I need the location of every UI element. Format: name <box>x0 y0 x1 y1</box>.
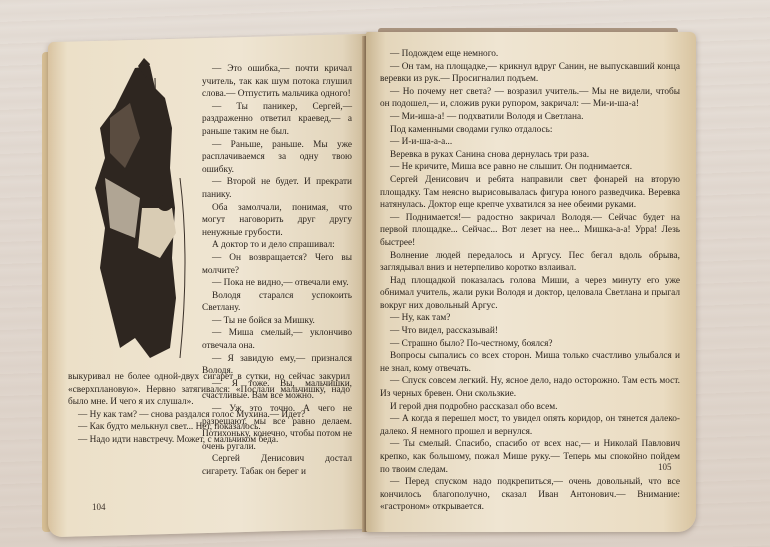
paragraph: — Ты не бойся за Мишку. <box>202 315 352 328</box>
paragraph: — Но почему нет света? — возразил учител… <box>380 86 680 111</box>
climber-illustration <box>80 58 200 368</box>
paragraph: Сергей Денисович и ребята направили свет… <box>380 174 680 212</box>
paragraph: — Что видел, рассказывай! <box>380 325 680 338</box>
page-number-right: 105 <box>658 462 672 472</box>
paragraph: — Он там, на площадке,— крикнул вдруг Са… <box>380 61 680 86</box>
paragraph: — Он возвращается? Чего вы молчите? <box>202 252 352 277</box>
paragraph: — Ты паникер, Сергей,— раздраженно ответ… <box>202 101 352 139</box>
left-page-column-bottom: выкуривал не более одной-двух сигарет в … <box>68 371 350 447</box>
paragraph: — Спуск совсем легкий. Ну, ясное дело, н… <box>380 375 680 400</box>
paragraph: — А когда я перешел мост, то увидел опят… <box>380 413 680 438</box>
paragraph: — Миша смелый,— уклончиво отвечала она. <box>202 327 352 352</box>
page-number-left: 104 <box>92 502 106 512</box>
paragraph: — Ты смелый. Спасибо, спасибо от всех на… <box>380 438 680 476</box>
paragraph: — Второй не будет. И прекрати панику. <box>202 176 352 201</box>
paragraph: — Надо идти навстречу. Может, с мальчико… <box>68 434 350 447</box>
paragraph: — Это ошибка,— почти кричал учитель, так… <box>202 63 352 101</box>
paragraph: Волнение людей передалось и Аргусу. Пес … <box>380 250 680 275</box>
paragraph: — Перед спуском надо подкрепиться,— очен… <box>380 476 680 514</box>
paragraph: — Поднимается!— радостно закричал Володя… <box>380 212 680 250</box>
paragraph: — И-и-ша-а-а... <box>380 136 680 149</box>
paragraph: — Ну, как там? <box>380 312 680 325</box>
paragraph: Вопросы сыпались со всех сторон. Миша то… <box>380 350 680 375</box>
paragraph: Под каменными сводами гулко отдалось: <box>380 124 680 137</box>
paragraph: выкуривал не более одной-двух сигарет в … <box>68 371 350 409</box>
paragraph: — Не кричите, Миша все равно не слышит. … <box>380 161 680 174</box>
paragraph: — Как будто мелькнул свет... Нет, показа… <box>68 421 350 434</box>
paragraph: Володя старался успокоить Светлану. <box>202 290 352 315</box>
paragraph: И герой дня подробно рассказал обо всем. <box>380 401 680 414</box>
paragraph: — Раньше, раньше. Мы уже расплачиваемся … <box>202 139 352 177</box>
paragraph: — Ну как там? — снова раздался голос Мух… <box>68 409 350 422</box>
right-page-column: — Подождем еще немного. — Он там, на пло… <box>380 48 680 514</box>
paragraph: — Пока не видно,— отвечали ему. <box>202 277 352 290</box>
paragraph: А доктор то и дело спрашивал: <box>202 239 352 252</box>
paragraph: Веревка в руках Санина снова дернулась т… <box>380 149 680 162</box>
paragraph: Над площадкой показалась голова Миши, а … <box>380 275 680 313</box>
open-book: — Это ошибка,— почти кричал учитель, так… <box>40 18 740 533</box>
paragraph: — Подождем еще немного. <box>380 48 680 61</box>
paragraph: — Страшно было? По-честному, боялся? <box>380 338 680 351</box>
paragraph: — Ми-иша-а! — подхватили Володя и Светла… <box>380 111 680 124</box>
paragraph: Сергей Денисович достал сигарету. Табак … <box>202 453 352 478</box>
paragraph: Оба замолчали, понимая, что могут нагово… <box>202 202 352 240</box>
